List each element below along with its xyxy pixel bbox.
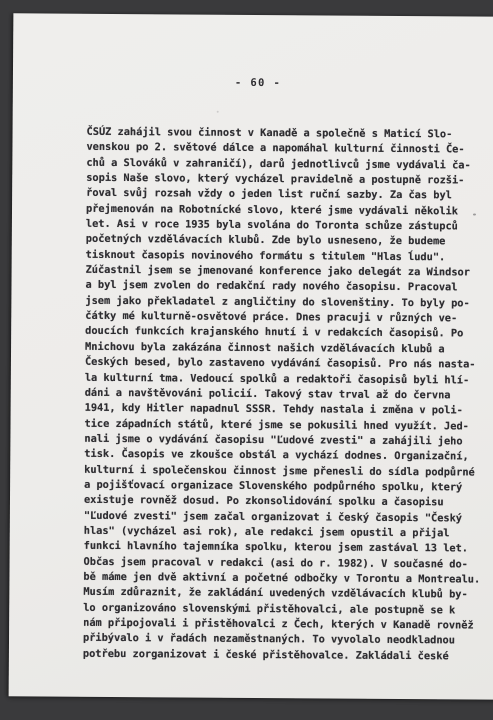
page-number: - 60 - [235, 77, 281, 89]
document-page: - 60 - ČSÚZ zahájil svou činnost v Kanad… [9, 13, 493, 699]
scan-speck [217, 111, 219, 113]
scan-background: - 60 - ČSÚZ zahájil svou činnost v Kanad… [0, 0, 493, 720]
typewritten-text: ČSÚZ zahájil svou činnost v Kanadě a spo… [83, 125, 493, 665]
text-line: potřebu zorganizovat i české přistěhoval… [83, 646, 493, 664]
scan-speck [473, 213, 476, 215]
